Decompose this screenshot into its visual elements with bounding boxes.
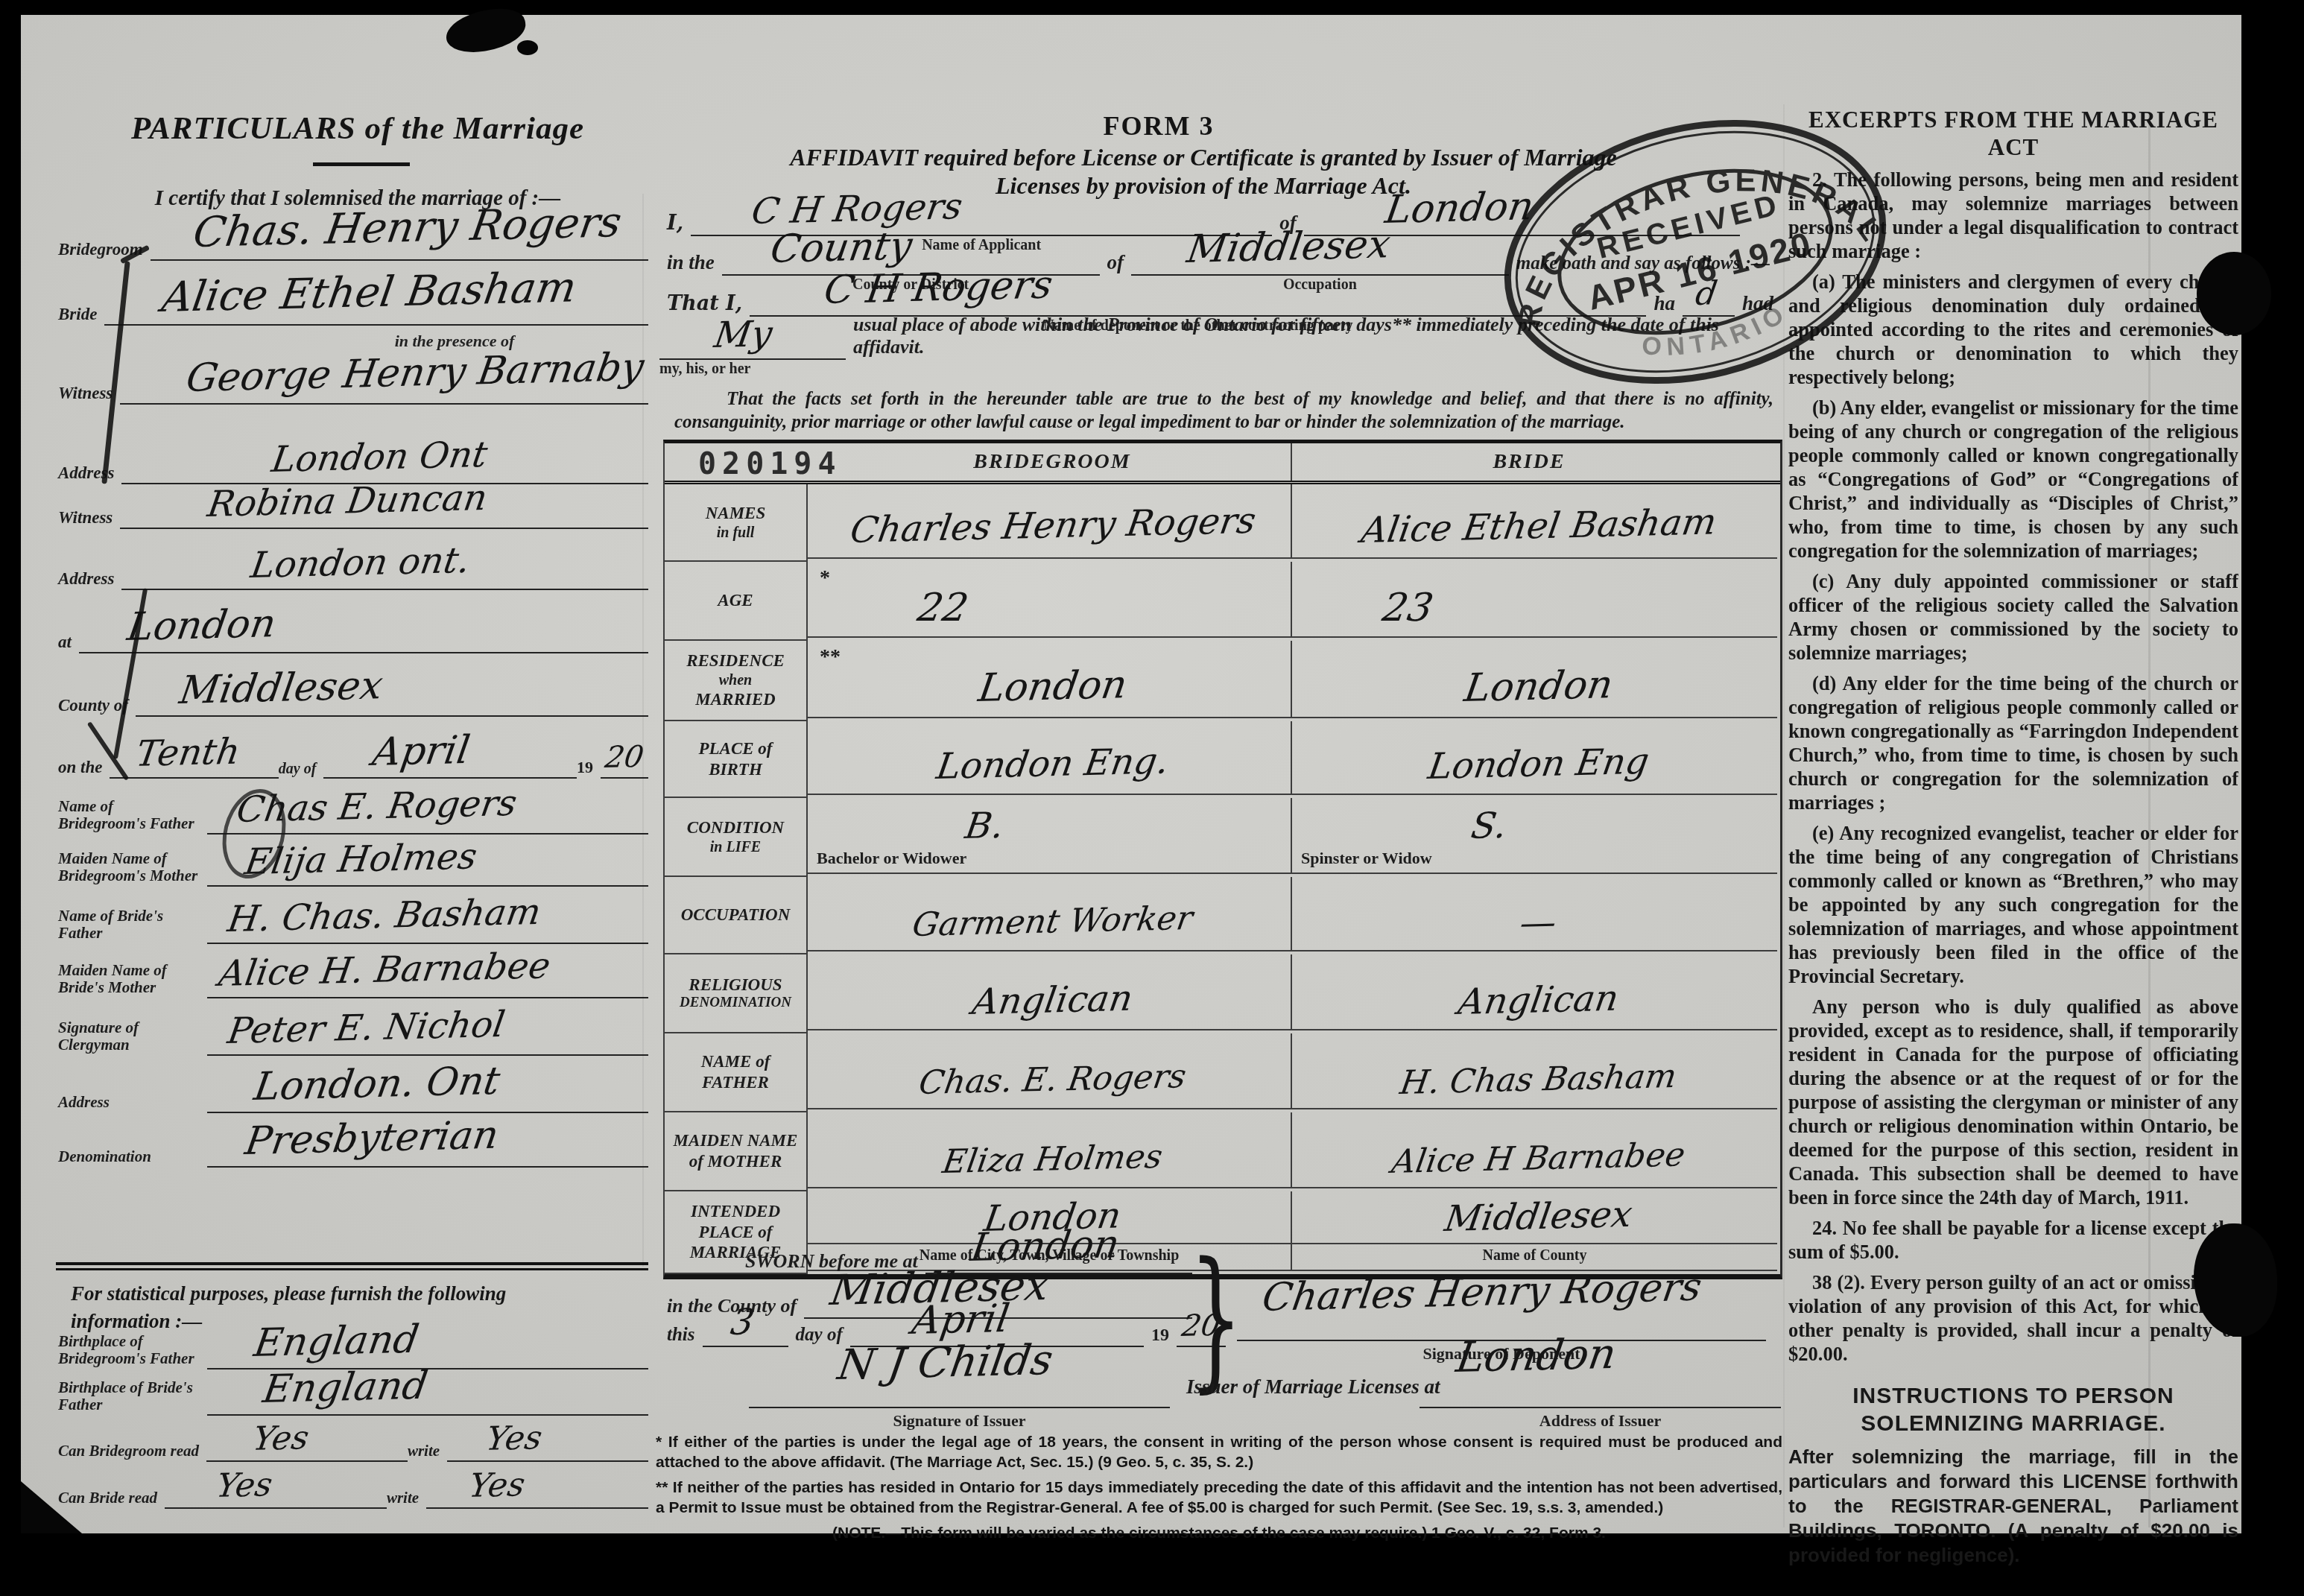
excerpt-paragraph: 24. No fee shall be payable for a licens… [1788,1216,2238,1264]
ink-blot-top-small [517,40,538,55]
field-bride: Bride Alice Ethel Basham [58,244,648,326]
cell-residence-bride: London [1292,641,1777,718]
cell-occupation-groom: Garment Worker [808,877,1292,951]
excerpt-paragraph: Any person who is duly qualified as abov… [1788,995,2238,1209]
excerpt-paragraph: (d) Any elder for the time being of the … [1788,671,2238,814]
column-header-bride: BRIDE [1432,450,1626,474]
excerpt-paragraph: (b) Any elder, evangelist or missionary … [1788,396,2238,563]
stamp-arc-bottom-text: ONTARIO [1635,296,1797,373]
handwriting-witness-1: George Henry Barnaby [183,345,647,401]
form-number: FORM 3 [935,110,1382,142]
scanned-marriage-affidavit: PARTICULARS of the Marriage I certify th… [0,0,2304,1596]
section-divider [56,1262,648,1270]
table-header: 020194 BRIDEGROOM BRIDE [665,443,1780,484]
particulars-title: PARTICULARS of the Marriage [89,110,626,147]
excerpt-paragraph: (e) Any recognized evangelist, teacher o… [1788,821,2238,988]
cell-occupation-bride: — [1292,877,1777,951]
cell-names-groom: Charles Henry Rogers [808,484,1292,559]
row-label-residence: RESIDENCEwhenMARRIED [665,641,808,721]
footnote-2: ** If neither of the parties has resided… [656,1478,1782,1518]
cell-religion-bride: Anglican [1292,954,1777,1030]
handwriting-sworn-day: 3 [728,1301,757,1343]
issuer-address-caption: Address of Issuer [1420,1411,1781,1431]
row-label-condition: CONDITIONin LIFE [665,798,808,877]
column-header-bridegroom: BRIDEGROOM [955,450,1149,474]
handwriting-issuer-signature: N J Childs [835,1336,1056,1390]
issuer-signature-caption: Signature of Issuer [749,1411,1170,1431]
handwriting-b-write: Yes [466,1466,528,1505]
issuer-at-label: Issuer of Marriage Licenses at [1186,1375,1440,1399]
brace: } [1189,1243,1243,1396]
instructions-title: INSTRUCTIONS TO PERSON [1788,1382,2238,1410]
cell-intended-bride: MiddlesexName of County [1292,1191,1777,1271]
cell-mother-bride: Alice H Barnabee [1292,1112,1777,1188]
cell-mother-groom: Eliza Holmes [808,1112,1292,1188]
excerpt-paragraph: 38 (2). Every person guilty of an act or… [1788,1270,2238,1366]
handwriting-b-read: Yes [214,1466,275,1505]
row-label-birth: PLACE ofBIRTH [665,721,808,798]
fold-line-right [2148,112,2150,1527]
cell-residence-groom: **London [808,641,1292,718]
footnotes: * If either of the parties is under the … [656,1432,1782,1548]
fold-line-column [1783,104,1785,1527]
excerpt-paragraph: (c) Any duly appointed commissioner or s… [1788,569,2238,665]
serial-number: 020194 [698,447,842,481]
instructions-body: After solemnizing the marriage, fill in … [1788,1445,2238,1568]
cell-father-bride: H. Chas Basham [1292,1033,1777,1109]
svg-text:ONTARIO: ONTARIO [1635,296,1797,373]
cell-religion-groom: Anglican [808,954,1292,1030]
handwriting-denomination: Presbyterian [242,1113,501,1164]
field-witness-1: Witness George Henry Barnaby [58,323,648,405]
footnote-note: (NOTE.—This form will be varied as the c… [656,1523,1782,1543]
row-label-mother: MAIDEN NAMEof MOTHER [665,1112,808,1191]
handwriting-bride: Alice Ethel Basham [159,264,580,322]
fold-line-center [642,194,644,1267]
row-label-occupation: OCCUPATION [665,877,808,954]
cell-birth-bride: London Eng [1292,721,1777,795]
cell-birth-groom: London Eng. [808,721,1292,795]
cell-age-groom: *22 [808,562,1292,638]
cell-names-bride: Alice Ethel Basham [1292,484,1777,559]
cell-age-bride: 23 [1292,562,1777,638]
sworn-date-line: this 3 day of April 19 20 [659,1283,1226,1347]
handwriting-sworn-month: April [909,1296,1013,1343]
field-denomination: Denomination Presbyterian [58,1093,648,1168]
row-label-age: AGE [665,562,808,641]
handwriting-my: My [712,313,775,356]
marriage-table: 020194 BRIDEGROOM BRIDE NAMESin full Cha… [663,440,1782,1279]
title-rule [313,162,410,166]
row-label-father: NAME ofFATHER [665,1033,808,1112]
cell-father-groom: Chas. E. Rogers [808,1033,1292,1109]
field-bride-read-write: Can Bride read Yes write Yes [58,1449,648,1509]
row-label-names: NAMESin full [665,484,808,562]
ink-blot-right-upper [2197,252,2271,335]
cell-condition-bride: S.Spinster or Widow [1292,798,1777,874]
row-label-religion: RELIGIOUSDENOMINATION [665,954,808,1033]
footnote-1: * If either of the parties is under the … [656,1432,1782,1472]
cell-condition-groom: B.Bachelor or Widower [808,798,1292,874]
instructions-title-2: SOLEMNIZING MARRIAGE. [1788,1410,2238,1437]
handwriting-issuer-address: London [1453,1330,1619,1382]
